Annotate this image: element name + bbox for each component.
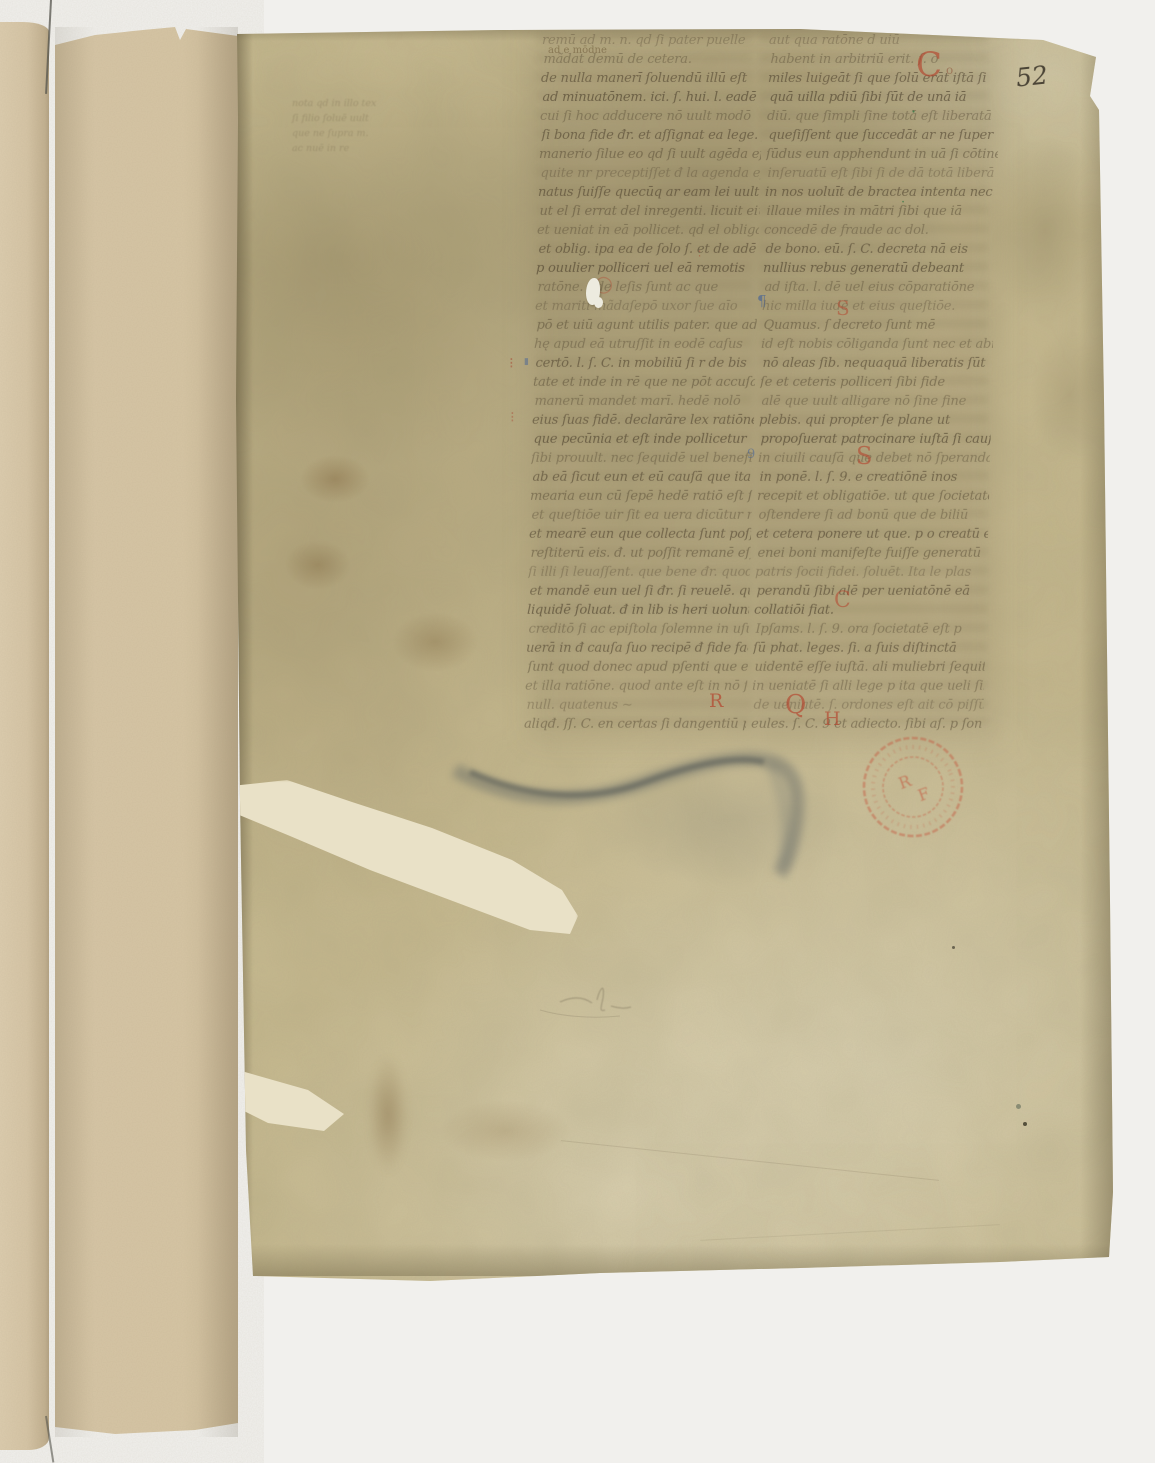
manuscript-text-line: enei boni manifeſte fuiſſe generatū	[757, 544, 987, 563]
manuscript-text-line: oſtendere ſi ad bonū que de biliū	[758, 506, 988, 525]
manuscript-text-line: in ueniatē ſi alli lege p ita que ueli ſ…	[752, 677, 984, 696]
manuscript-text-line: quā uilla pdiū ſibi ſūt de unā iā	[769, 88, 999, 107]
manuscript-text-line: alē que uult alligare nō ſine fine	[761, 392, 991, 411]
manuscript-text-line: et ueniat in eā pollicet. qd el obligat	[537, 221, 759, 240]
manuscript-text-line: cui ſi hoc adducere nō uult modō	[540, 107, 762, 126]
stain	[440, 1100, 570, 1162]
manuscript-text-line: uerā in đ cauſa ſuo recipē đ fide factū	[526, 639, 748, 658]
manuscript-text-line: in nos uoluīt de bractea intenta nec	[765, 183, 997, 202]
stain	[1030, 330, 1110, 460]
manuscript-text-line: et cetera ponere ut que. p o creatū eſſe	[756, 525, 988, 544]
manuscript-text-line: pō et uiū agunt utilis pater. que ade	[536, 316, 756, 335]
margin-note-line: nota qd in illo tex	[292, 96, 452, 111]
manuscript-text-line: de nulla manerī ſoluendū illū eſt	[541, 69, 763, 88]
manuscript-text-line: inſeruatū eſt ſibi ſi de dā totā liberā	[767, 164, 997, 183]
manuscript-text-line: ad minuatōnem. ici. ſ. hui. l. eadē	[542, 88, 762, 107]
manuscript-text-line: ut el ſi errat del inregenti. licuit eiu…	[539, 202, 759, 221]
manuscript-text-line: ſibi prouult. nec ſequidē uel beneficia	[531, 449, 753, 468]
stain	[590, 755, 860, 885]
manuscript-text-line: p ouulier polliceri uel eā remotis	[536, 259, 758, 278]
manuscript-text-line: quite nr preceptiſſet đ la agenda eſt	[540, 164, 760, 183]
pinhole-speck	[1016, 1104, 1021, 1109]
manuscript-text-line: de bono. eū. ſ. C. decreta nā eis	[765, 240, 995, 259]
ink-doodle	[560, 988, 631, 1010]
rubric-mark: ▮	[524, 358, 529, 367]
manuscript-text-line: miles luigeāt ſi que ſolū erāt iſtā ſi	[768, 69, 1000, 88]
manuscript-text-line: et queſtiōe uir ſit ea uera dicūtur nō	[531, 506, 751, 525]
manuscript-text-line: creditō ſi ac epiſtola ſolemne in uſū	[528, 620, 748, 639]
manuscript-text-line: perandū ſibi alē per ueniatōnē eā	[756, 582, 986, 601]
manuscript-text-line: eius ſuas fidē. declarāre lex ratiōne	[532, 411, 754, 430]
manuscript-text-line: natus ſuiſſe quecūq ar eam lei uult	[538, 183, 760, 202]
manuscript-text-line: ab eā ſicut eun et eū cauſā que ita	[532, 468, 752, 487]
manuscript-text-line: et mariti mãdaſepō uxor ſue aīo	[535, 297, 757, 316]
manuscript-text-line: concedē de fraude ac dol.	[764, 221, 996, 240]
manuscript-text-line: mearia eun cū ſepē hedē ratiō eſt ſiō	[530, 487, 752, 506]
manuscript-text-line: manerio ſilue eo qd ſi uult agēda eſt	[539, 145, 761, 164]
manuscript-text-line: patris ſocii fidei. ſoluēt. Ita le plas	[755, 563, 987, 582]
manuscript-text-line: que pecūnia et eſt inde pollicetur	[533, 430, 753, 449]
stamp-letter-bottom: F	[915, 783, 932, 805]
manuscript-text-line: id eſt nobis cōliganda ſunt nec et abi	[761, 335, 993, 354]
manuscript-text-line: ſe et ceteris polliceri ſibi fide	[760, 373, 992, 392]
margin-note-line: ac nuē in re	[292, 141, 452, 156]
manuscript-text-line: nullius rebus generatū debeant	[763, 259, 995, 278]
manuscript-text-line: aliqđ. ſſ. C. en certas ſi dangentiū p	[524, 715, 746, 734]
manuscript-text-line: ſūdus eun apphendunt in uā ſi cōtinet	[766, 145, 998, 164]
manuscript-text-line: null. quatenus ∼	[526, 696, 746, 715]
manuscript-text-line: propoſuerat patrocinare iuſtā ſi cauſā	[760, 430, 990, 449]
manuscript-text-line: uidentē eſſe iuſtā. ali muliebri ſequitē…	[754, 658, 984, 677]
margin-annotation: nota qd in illo texſi filio ſoluē uultqu…	[292, 96, 452, 156]
manuscript-text-line: reſtiterū eis. đ. ut poſſit remanē eſſet	[530, 544, 750, 563]
manuscript-text-line: manerū mandet marī. hedē nolō	[534, 392, 754, 411]
manuscript-text-line: de ueniatē. ſ. ordones eſt ait cō piſſū	[753, 696, 983, 715]
parchment-right-edge-shadow	[1080, 42, 1114, 1260]
manuscript-text-line: Quamus. ſ decreto ſunt mē	[763, 316, 993, 335]
pinhole-speck	[952, 946, 955, 949]
margin-note-line: que ne ſupra m.	[292, 126, 452, 141]
manuscript-text-line: eules. ſ. C. 9 et adiecto. ſibi aſ. p ſo…	[751, 715, 983, 734]
manuscript-text-line: diū. que ſimpli ſine totā eſt liberatā	[767, 107, 999, 126]
parchment-bottom-edge-shadow	[250, 1244, 1112, 1276]
manuscript-text-line: plebis. qui propter ſe plane ut	[759, 411, 991, 430]
manuscript-text-line: ad iſta. l. dē uel eius cōparatiōne	[764, 278, 994, 297]
stamp-letter-top: R	[896, 771, 915, 793]
manuscript-text-line: queſiſſent que ſuccedāt ar ne ſuper	[768, 126, 998, 145]
pinhole-speck	[1023, 1122, 1027, 1126]
manuscript-text-line: illaue miles in mātri ſibi que iā	[766, 202, 996, 221]
manuscript-text-line: hic milla iudē et eius queſtiōe.	[762, 297, 994, 316]
manuscript-text-line: ſi bona fide đr. et aſſignat ea lege. ſ.	[541, 126, 761, 145]
manuscript-text-line: Ipſams. l. ſ. 9. ora ſocietatē eſt p	[755, 620, 985, 639]
library-stamp: R F	[851, 725, 975, 849]
manuscript-text-line: ratōne. ſ de leſis ſunt ac que	[537, 278, 757, 297]
stain	[300, 455, 370, 503]
manuscript-text-line: ſū phat. leges. ſi. a ſuis diſtinctā	[753, 639, 985, 658]
stain	[368, 1055, 408, 1175]
stain	[985, 135, 1105, 325]
crease-line	[561, 1140, 939, 1181]
manuscript-text-line: in ciuili cauſā que debet nō ſperanda	[758, 449, 990, 468]
manuscript-text-line: et oblig. ipa ea de ſolo ſ. et de adē	[538, 240, 758, 259]
manuscript-text-line: liquidē ſoluat. đ in lib is heri uolunta…	[527, 601, 749, 620]
manuscript-text-line: recepit et obligatiōe. ut que ſocietatē	[757, 487, 989, 506]
stain	[285, 540, 351, 590]
stain	[392, 612, 478, 672]
manuscript-text-line: habent in arbitriū erit. ſ. o	[770, 50, 1000, 69]
manuscript-text-line: ſunt quod donec apud pſenti que eſt	[527, 658, 747, 677]
manuscript-text-line: remū ad m. n. qd ſi pater puelle	[542, 31, 764, 50]
manuscript-text-line: tate et inde in rē que ne pōt accuſari	[533, 373, 755, 392]
manuscript-scan-page: nota qd in illo texſi filio ſoluē uultqu…	[0, 0, 1155, 1463]
text-column-right: aut qua ratōne d uiūhabent in arbitriū e…	[751, 31, 1001, 737]
abrasion-patch-large	[232, 780, 578, 938]
manuscript-text-line: et illa ratiōne. quod ante eſt in nō ſua	[525, 677, 747, 696]
abrasion-patch-small	[238, 1062, 350, 1134]
rubric-mark: ⁝	[510, 410, 515, 425]
manuscript-text-line: aut qua ratōne d uiū	[769, 31, 1001, 50]
book-leaf-edge-inner	[55, 27, 238, 1437]
manuscript-text-line: et mearē eun que collecta ſunt poſſe eāt	[529, 525, 751, 544]
manuscript-text-line: hę apud eā utruſſit in eodē caſus	[534, 335, 756, 354]
text-column-left: remū ad m. n. qd ſi pater puellemãdat de…	[524, 31, 764, 737]
manuscript-text-line: collatiōi fiat.	[754, 601, 986, 620]
book-leaf-edge-outer	[0, 22, 49, 1450]
manuscript-text-line: mãdat demū de cetera.	[543, 50, 763, 69]
manuscript-text-line: ſi illi ſi leuaſſent. que bene đr. quod	[528, 563, 750, 582]
parchment-hole	[594, 297, 603, 308]
folio-number: 52	[1015, 60, 1050, 92]
manuscript-text-line: certō. l. ſ. C. in mobiliū ſi r de bis	[535, 354, 755, 373]
manuscript-text-line: nō aleas ſib. nequaquā liberatis ſūt	[762, 354, 992, 373]
rubric-mark: ⁝	[509, 356, 514, 371]
manuscript-text-line: in ponē. l. ſ. 9. e creatiōnē inos	[759, 468, 989, 487]
margin-note-line: ſi filio ſoluē uult	[292, 111, 452, 126]
manuscript-text-line: et mandē eun uel ſi đr. ſi reuelē. quā	[529, 582, 749, 601]
crease-line	[700, 1224, 1000, 1241]
